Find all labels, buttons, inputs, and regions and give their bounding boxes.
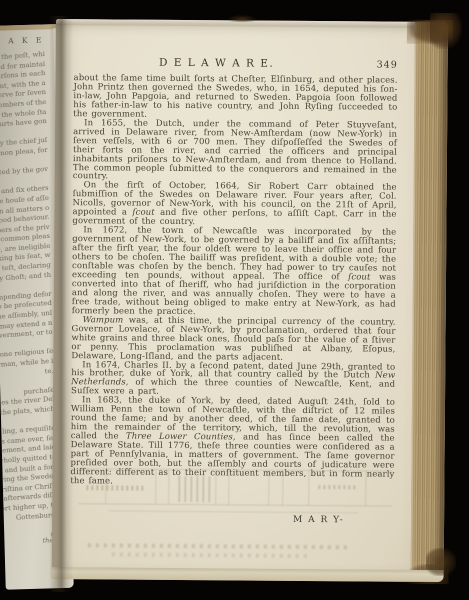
paragraph: On the firſt of October, 1664, Sir Rober… [72,182,396,229]
book-fore-edge [411,22,448,582]
body-text: In 1655, the Dutch, under the command of… [73,118,397,182]
catchword: M A R Y- [293,515,344,525]
paragraph: In 1674, Charles II. by a ſecond patent,… [71,361,395,399]
show-through-text-ghost [112,552,312,558]
paragraph: In 1655, the Dutch, under the command of… [73,119,397,184]
corner-stain [430,13,462,49]
show-through-text-ghost [88,543,348,549]
paragraph: about the ſame time built forts at Cheſt… [73,74,397,121]
body-text: , and has ſince been called the Delaware… [70,433,394,487]
running-title: D E L A W A R E. [74,56,360,70]
book-page: D E L A W A R E. 349 about the ſame time… [52,19,448,582]
page-text: about the ſame time built forts at Cheſt… [70,74,397,488]
facing-page-running-title-fragment: A K E [8,35,45,45]
corner-stain [426,548,456,576]
page-edge-stain [228,15,256,22]
paragraph: In 1672, the town of Newcaſtle was incor… [72,226,397,318]
book-photograph: A K E s of the poſt, whimoved for mainta… [0,0,469,600]
paragraph: Wampum was, at this time, the principal … [71,316,395,363]
page-number: 349 [377,60,398,71]
facing-page-text-fragments: s of the poſt, whimoved for maintaiour p… [0,50,58,547]
body-text: about the ſame time built forts at Cheſt… [73,73,397,119]
paragraph: In 1683, the duke of York, by deed, date… [70,396,395,488]
